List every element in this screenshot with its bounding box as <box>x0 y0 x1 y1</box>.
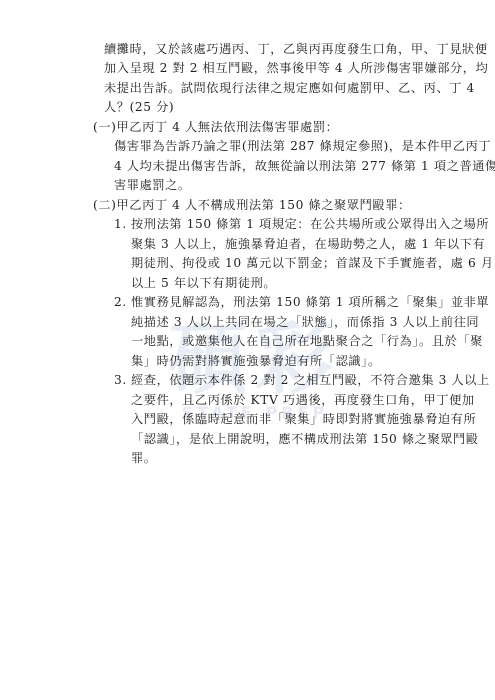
item-number: 2. <box>114 294 127 310</box>
item-number: 1. <box>114 216 127 232</box>
item-line: 罪。 <box>131 450 157 466</box>
item-line: 「認識」，是依上開說明，應不構成刑法第 150 條之聚眾鬥毆 <box>131 431 479 447</box>
item-line: 純描述 3 人以上共同在場之「狀態」，而係指 3 人以上前往同 <box>131 314 479 330</box>
question-line: 未提出告訴。試問依現行法律之規定應如何處罰甲、乙、丙、丁 4 <box>104 80 475 96</box>
item-line: 聚集 3 人以上，施強暴脅迫者，在場助勢之人，處 1 年以下有 <box>131 236 485 252</box>
item-line: 按刑法第 150 條第 1 項規定：在公共場所或公眾得出入之場所 <box>131 216 489 232</box>
item-line: 集」時仍需對將實施強暴脅迫有所「認識」。 <box>131 353 381 369</box>
item-number: 3. <box>114 372 127 388</box>
section-body-line: 4 人均未提出傷害告訴，故無從論以刑法第 277 條第 1 項之普通傷 <box>114 158 495 174</box>
item-line: 一地點，或邀集他人在自己所在地點聚合之「行為」。且於「聚 <box>131 333 483 349</box>
item-line: 期徒刑、拘役或 10 萬元以下罰金；首謀及下手實施者，處 6 月 <box>131 255 494 271</box>
item-line: 經查，依題示本件係 2 對 2 之相互鬥毆，不符合邀集 3 人以上 <box>131 372 490 388</box>
item-line: 惟實務見解認為，刑法第 150 條第 1 項所稱之「聚集」並非單 <box>131 294 489 310</box>
section-body-line: 傷害罪為告訴乃論之罪(刑法第 287 條規定參照)，是本件甲乙丙丁 <box>114 138 491 154</box>
document-page: 碩彩 STATE PREP 續攤時，又於該處巧遇丙、丁，乙與丙再度發生口角，甲、… <box>0 0 495 700</box>
section-body-line: 害罪處罰之。 <box>114 177 191 193</box>
section-title: (一)甲乙丙丁 4 人無法依刑法傷害罪處罰： <box>93 119 338 135</box>
section-title: (二)甲乙丙丁 4 人不構成刑法第 150 條之聚眾鬥毆罪： <box>93 197 411 213</box>
question-line: 人？(25 分) <box>104 99 174 115</box>
item-line: 以上 5 年以下有期徒刑。 <box>131 275 276 291</box>
question-line: 加入呈現 2 對 2 相互鬥毆，然事後甲等 4 人所涉傷害罪嫌部分，均 <box>104 60 488 76</box>
item-line: 之要件，且乙丙係於 KTV 巧遇後，再度發生口角，甲丁便加 <box>131 392 475 408</box>
question-line: 續攤時，又於該處巧遇丙、丁，乙與丙再度發生口角，甲、丁見狀便 <box>104 41 488 57</box>
item-line: 入鬥毆，係臨時起意而非「聚集」時即對將實施強暴脅迫有所 <box>131 411 476 427</box>
